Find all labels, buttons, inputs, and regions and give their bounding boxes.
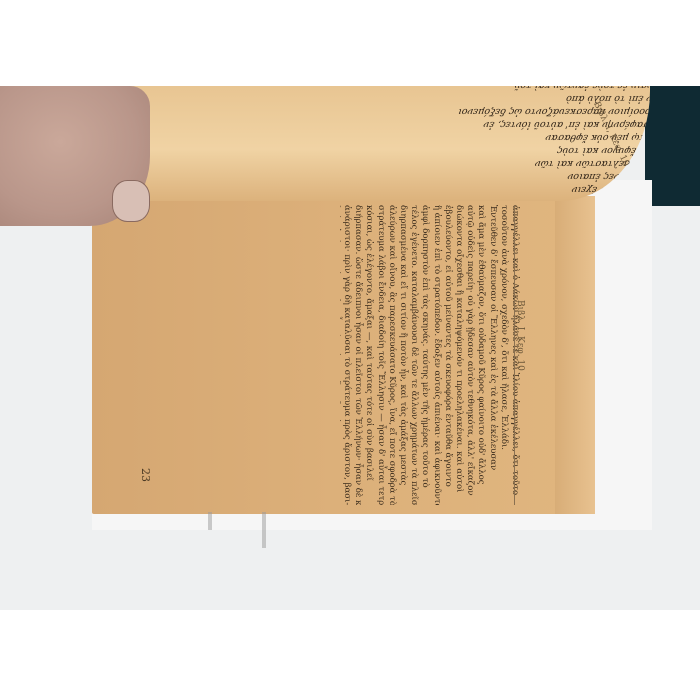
white-background-bottom <box>0 610 700 700</box>
text-line: τέλος ἐγένετο. καταλαμβάνουσι δὲ τῶν τε … <box>408 205 419 505</box>
white-background-top <box>0 0 700 86</box>
page-number: 23 <box>139 468 152 482</box>
photograph: ἀπαγγέλλει καὶ ὁ Λάκων ἤλασέ τε καὶ Ἰλίο… <box>0 0 700 700</box>
text-line: ἀμφὶ δορπηστὸν ἐπὶ τὰς σκηνάς. ταύτης μὲ… <box>419 205 430 505</box>
text-line: διηρπασμένα καὶ εἴ τι σιτίον ἢ ποτὸν ἦν,… <box>397 205 408 505</box>
curled-page-text: Ἕλληνες δ' ὡς ᾔσθοντο, ὅτι βασιλεὺς πίπτ… <box>113 86 650 201</box>
paper-residue <box>262 512 266 548</box>
thumbnail <box>112 180 150 222</box>
dark-object-edge <box>645 86 700 206</box>
text-line: ἢ ἀπίοιεν ἐπὶ τὸ στρατόπεδον. ἔδοξεν αὐτ… <box>430 205 441 505</box>
text-line: κόσιαι, ὡς ἐλέγοντο, ἅμαξαι —, καὶ ταύτα… <box>363 205 374 505</box>
text-line: διώκοντα οἴχεσθαι ἢ καταληψόμενόν τι προ… <box>453 205 464 505</box>
running-header: Βιβλ. Ι, Κεφ. 10 <box>515 300 525 371</box>
text-line: Ἦσαν ἐπὶ τὸ πολὺ ἀπὸ <box>153 92 650 105</box>
text-line: τὸ προοίμιον παρεσκευάζοντο ὡς δεξόμενοι <box>148 105 650 118</box>
text-line: Ἐντεῦθεν δ' ἔσπευσαν οἱ Ἕλληνες καὶ ἐς τ… <box>486 205 497 505</box>
text-line: αὐτῷ οὐδεὶς παρείη· οὐ γὰρ ᾔδεσαν αὐτὸν … <box>464 205 475 505</box>
text-line: ἀνάριστοι· πρὶν γὰρ δὴ καταλῦσαι τὸ στρά… <box>341 205 352 505</box>
text-line: ἐβουλεύοντο, εἰ αὐτοῦ μείναντες τὰ σκευο… <box>442 205 453 505</box>
text-line: οὐκ ἔφυγον καὶ τοὺς <box>134 144 650 157</box>
paper-residue <box>208 512 212 530</box>
text-line: ἀλεύρων καὶ οἴνου, ἃς παρεσκευάσατο Κῦρο… <box>386 205 397 505</box>
text-line: τοσοῦτον ἀνὰ χρόνον, σχεδὸν δ', ὅτι καὶ … <box>498 205 509 505</box>
text-line: Τισσαφέρνην καὶ ἐπ' αὐτοῦ ἰόντες, ἐν <box>144 118 650 131</box>
text-line: Ἕλληνες ἐπαιον <box>125 170 650 183</box>
text-line: τῶν πελταστῶν καὶ τῶν <box>129 157 650 170</box>
main-page-text: ἀπαγγέλλει καὶ ὁ Λάκων ἤλασέ τε καὶ Ἰλίο… <box>340 205 520 505</box>
text-line: τούτῳ μὲν οὐκ ἔφθασαν <box>139 131 650 144</box>
text-line: ὡς μεῖον ἔχειν <box>120 183 645 196</box>
text-line: στράτευμα λάβοι ἔνδεια, διαδοίη τοῖς Ἕλλ… <box>374 205 385 505</box>
book-gutter <box>555 196 595 514</box>
curled-upper-page[interactable]: Ἕλληνες δ' ὡς ᾔσθοντο, ὅτι βασιλεὺς πίπτ… <box>80 86 650 201</box>
text-line: διήρπασαν. ὥστε ἄδειπνοι ἦσαν οἱ πλεῖστο… <box>352 205 363 505</box>
text-line: καὶ ἅμα μὲν ἐθαύμαζον, ὅτι οὐδαμοῦ Κῦρος… <box>475 205 486 505</box>
